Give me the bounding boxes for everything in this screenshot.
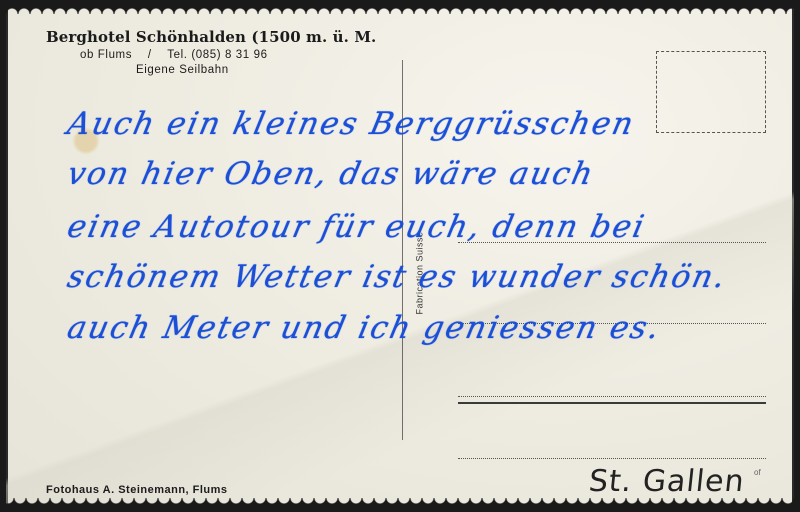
deckled-edge-top: [6, 6, 800, 14]
address-line-4: [458, 458, 766, 459]
hotel-contact: ob Flums / Tel. (085) 8 31 96: [80, 49, 268, 61]
hotel-feature: Eigene Seilbahn: [136, 64, 229, 76]
hotel-location: ob Flums: [80, 49, 132, 61]
postcard-back: Berghotel Schönhalden (1500 m. ü. M. ob …: [6, 6, 794, 506]
hotel-title: Berghotel Schönhalden (1500 m. ü. M.: [46, 28, 376, 46]
message-line-2: von hier Oben, das wäre auch: [64, 156, 598, 192]
message-line-5: auch Meter und ich geniessen es.: [64, 310, 664, 346]
address-line-3-solid: [458, 402, 766, 404]
corner-mark: of: [754, 468, 761, 477]
publisher-credit: Fotohaus A. Steinemann, Flums: [46, 484, 228, 496]
recipient-city: St. Gallen: [587, 464, 746, 499]
deckled-edge-bottom: [6, 498, 800, 506]
stamp-box: [656, 51, 766, 133]
message-line-4: schönem Wetter ist es wunder schön.: [64, 259, 730, 295]
message-line-1: Auch ein kleines Berggrüsschen: [64, 106, 638, 142]
message-line-3: eine Autotour für euch, denn bei: [64, 209, 649, 245]
address-line-3-dotted: [458, 396, 766, 397]
contact-separator: /: [148, 49, 152, 61]
hotel-phone: Tel. (085) 8 31 96: [167, 49, 267, 61]
